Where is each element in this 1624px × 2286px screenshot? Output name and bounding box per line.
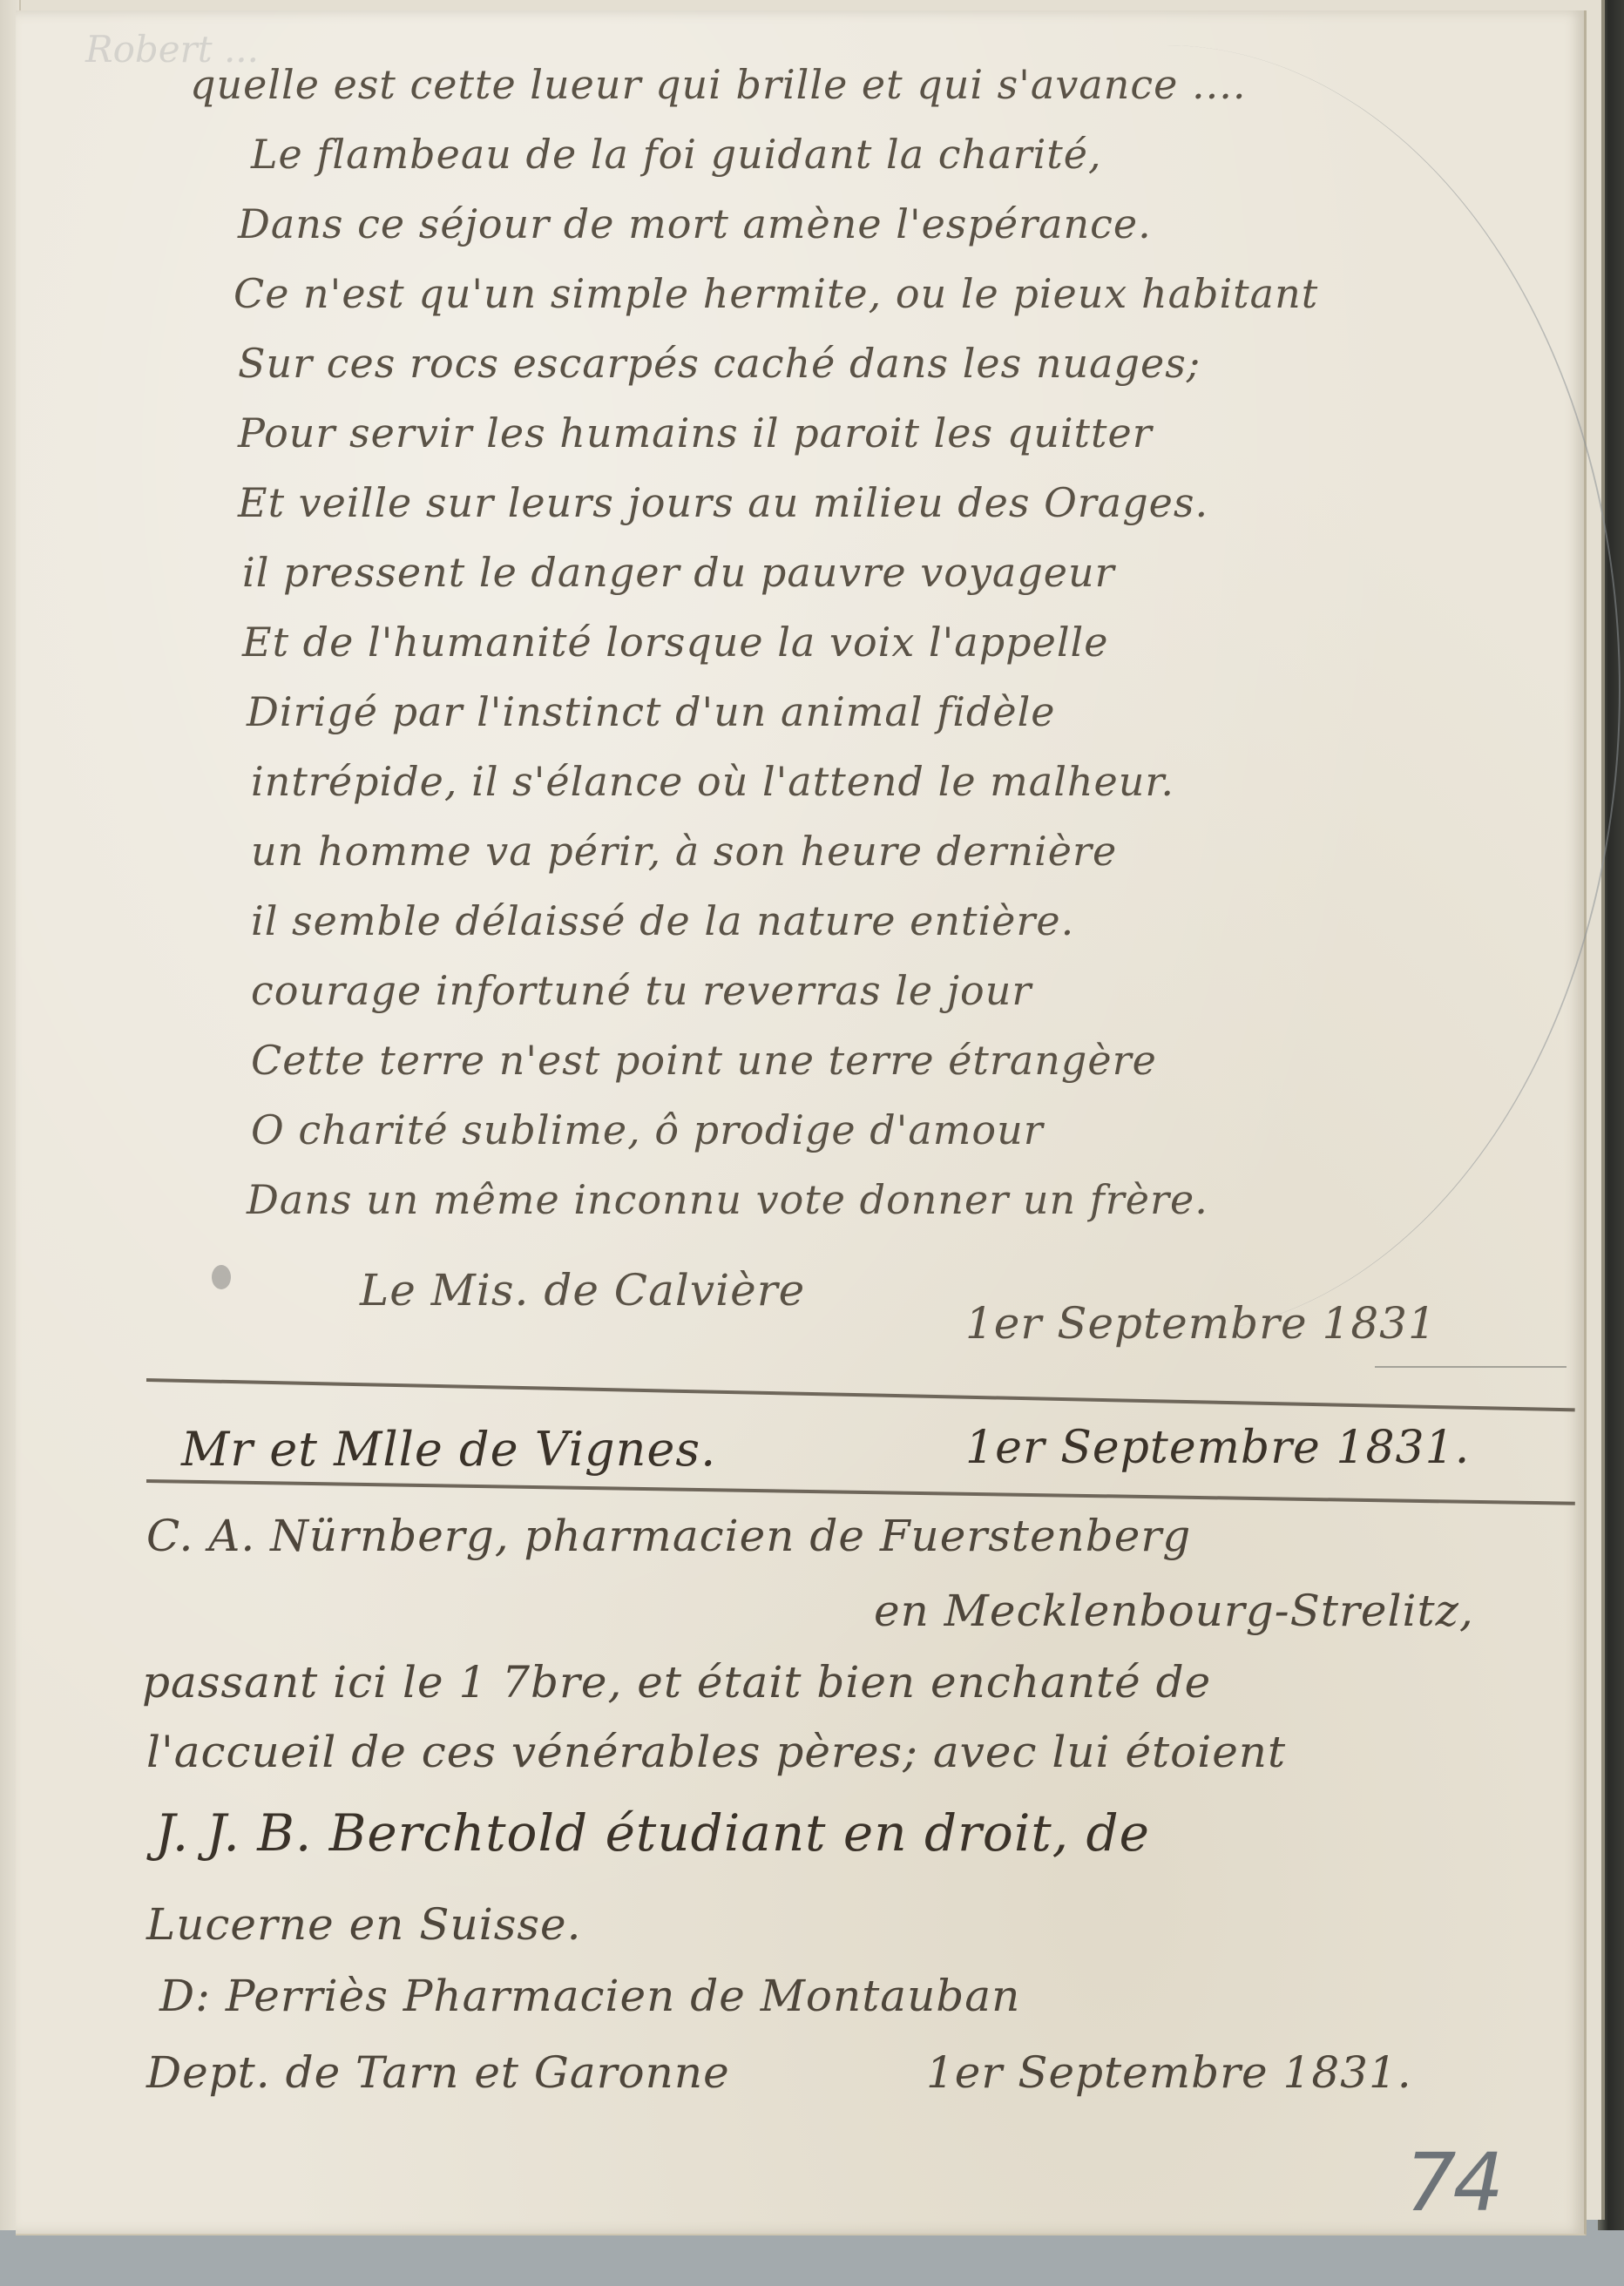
entry-line: Dept. de Tarn et Garonne xyxy=(146,2047,730,2098)
poem-line: intrépide, il s'élance où l'attend le ma… xyxy=(251,758,1174,805)
poem-line: Sur ces rocs escarpés caché dans les nua… xyxy=(238,340,1201,387)
entry-line: en Mecklenbourg-Strelitz, xyxy=(874,1586,1474,1636)
entry-line: passant ici le 1 7bre, et était bien enc… xyxy=(142,1657,1211,1708)
entry-date: 1er Septembre 1831. xyxy=(965,1422,1470,1474)
poem-line: Et veille sur leurs jours au milieu des … xyxy=(238,479,1208,526)
poem-line: Et de l'humanité lorsque la voix l'appel… xyxy=(242,619,1108,666)
entry-line: D: Perriès Pharmacien de Montauban xyxy=(159,1971,1020,2021)
poem-line: il pressent le danger du pauvre voyageur xyxy=(242,549,1115,596)
page-number: 74 xyxy=(1405,2136,1500,2229)
poem-line: Pour servir les humains il paroit les qu… xyxy=(238,409,1153,457)
entry-line: J. J. B. Berchtold étudiant en droit, de xyxy=(155,1803,1150,1863)
poem-line: il semble délaissé de la nature entière. xyxy=(251,897,1074,944)
poem-line: un homme va périr, à son heure dernière xyxy=(251,828,1117,875)
poem-line: Dirigé par l'instinct d'un animal fidèle xyxy=(247,688,1056,735)
ink-blot xyxy=(212,1265,231,1289)
pencil-arc-sketch xyxy=(1166,45,1621,1335)
poem-line: O charité sublime, ô prodige d'amour xyxy=(251,1106,1044,1153)
manuscript-scan: Robert ... quelle est cette lueur qui br… xyxy=(0,0,1624,2286)
poem-date: 1er Septembre 1831 xyxy=(965,1298,1437,1349)
poem-line: quelle est cette lueur qui brille et qui… xyxy=(190,61,1246,108)
pencil-triangle-base xyxy=(1375,1366,1566,1368)
entry-names: Mr et Mlle de Vignes. xyxy=(181,1422,716,1477)
poem-line: Ce n'est qu'un simple hermite, ou le pie… xyxy=(233,270,1318,317)
poem-signature: Le Mis. de Calvière xyxy=(360,1265,805,1315)
entry-line: l'accueil de ces vénérables pères; avec … xyxy=(146,1727,1286,1777)
entry-line: Lucerne en Suisse. xyxy=(146,1899,582,1950)
separator-rule xyxy=(146,1378,1575,1411)
entry-date: 1er Septembre 1831. xyxy=(926,2047,1412,2098)
manuscript-page: Robert ... quelle est cette lueur qui br… xyxy=(16,10,1587,2235)
poem-line: Dans un même inconnu vote donner un frèr… xyxy=(247,1176,1208,1223)
poem-line: Le flambeau de la foi guidant la charité… xyxy=(251,131,1102,178)
poem-line: Dans ce séjour de mort amène l'espérance… xyxy=(238,200,1152,247)
poem-line: courage infortuné tu reverras le jour xyxy=(251,967,1032,1014)
poem-line: Cette terre n'est point une terre étrang… xyxy=(251,1037,1157,1084)
separator-rule xyxy=(146,1479,1575,1505)
entry-line: C. A. Nürnberg, pharmacien de Fuerstenbe… xyxy=(146,1511,1191,1561)
